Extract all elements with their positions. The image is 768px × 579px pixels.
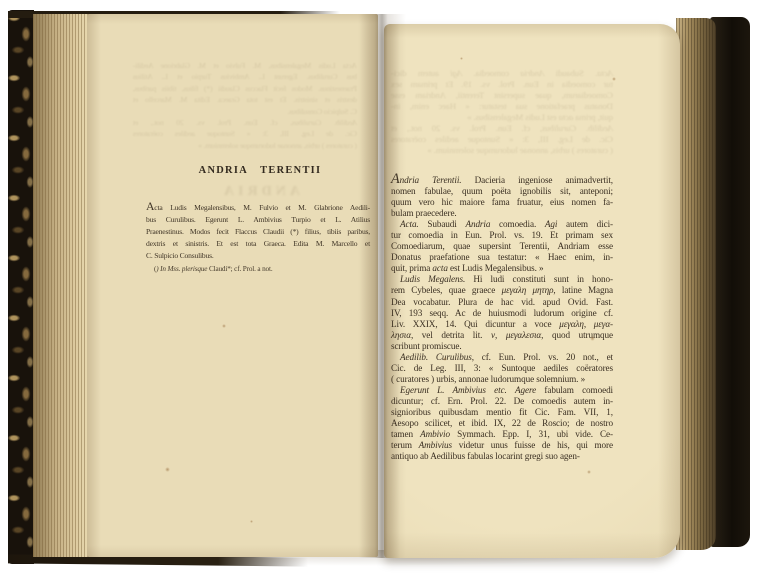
text-line: tur comoedia in Eun. Prol. vs. 19. Et pr… [391, 79, 613, 90]
foxing-spot [222, 324, 226, 328]
text-line: Comoediarum, quae supersint Terentii, An… [391, 90, 613, 101]
text-line: Ludis Megalens. Hi ludi constituti sunt … [391, 274, 613, 285]
text-line: Acta. Subaudi Andria comoedia. Agi autem… [391, 68, 613, 79]
text-line: C. Sulpicio Consulibus. [133, 106, 357, 117]
fore-edge-pages [676, 18, 716, 550]
text-line: nomen fabulae, quum poëta ignobilis sit,… [391, 186, 613, 197]
text-line: tur comoedia in Eun. Prol. vs. 19. Et pr… [391, 230, 613, 241]
commentary-text: Andria Terentii. Dacieria ingeniose anim… [391, 174, 613, 462]
bleedthrough-text: Acta Ludis Megalensibus, M. Fulvio et M.… [133, 60, 357, 151]
text-line: Andria Terentii. Dacieria ingeniose anim… [391, 174, 613, 186]
text-line: Aesopo scilicet, et ibid. IX, 22 de Rosc… [391, 418, 613, 429]
commentary-paragraph: Ludis Megalens. Hi ludi constituti sunt … [391, 274, 613, 351]
text-line: Donatus praefatione sua testatur: « Haec… [391, 101, 613, 112]
foxing-spot [250, 520, 253, 523]
text-line: Acta Ludis Megalensibus, M. Fulvio et M.… [133, 60, 357, 71]
text-line: signioribus quibusdam mentio fit Cic. Fa… [391, 407, 613, 418]
footnote: () In Mss. plerisque Claudi*; cf. Prol. … [154, 264, 374, 274]
text-line: Comoediarum, quae supersint Terentii, An… [391, 241, 613, 252]
foxing-spot [443, 357, 447, 361]
text-line: Aedilib. Curulibus, cf. Eun. Prol. vs. 2… [391, 123, 613, 134]
left-page: Acta Ludis Megalensibus, M. Fulvio et M.… [87, 14, 378, 557]
foxing-spot [165, 467, 170, 472]
text-line: IV, 193 seqq. Ac de huiusmodi ludorum or… [391, 308, 613, 319]
foxing-spot [587, 470, 591, 474]
text-line: C. Sulpicio Consulibus. [146, 250, 370, 262]
foxing-spot [460, 57, 463, 60]
text-line: dextris et sinistris. Et est tota Graeca… [133, 94, 357, 105]
commentary-paragraph: Aedilib. Curulibus, cf. Eun. Prol. vs. 2… [391, 352, 613, 385]
text-line: quit, prima acta est Ludis Megalensibus.… [391, 263, 613, 274]
left-page-edges [33, 14, 88, 557]
argumentum-paragraph: Acta Ludis Megalensibus, M. Fulvio et M.… [146, 202, 370, 262]
text-line: Egerunt L. Ambivius etc. Agere fabulam c… [391, 385, 613, 396]
bleedthrough-title: ANDRIA [148, 184, 372, 200]
bleedthrough-lines: Acta. Subaudi Andria comoedia. Agi autem… [391, 68, 613, 123]
text-line: scribunt promiscue. [391, 341, 613, 352]
text-line: ( curatores ) urbis, annonae ludorumque … [391, 145, 613, 156]
text-line: Cic. de Leg. III, 3: « Suntoque aediles … [391, 134, 613, 145]
text-line: antiquo ab Aedilibus fabulas locarint gr… [391, 451, 613, 462]
commentary-paragraph: Egerunt L. Ambivius etc. Agere fabulam c… [391, 385, 613, 462]
text-line: dextris et sinistris. Et est tota Graeca… [146, 238, 370, 250]
text-line: Cic. de Leg. III, 3: « Suntoque aediles … [391, 363, 613, 374]
text-line: Aedilib. Curulibus, cf. Eun. Prol. vs. 2… [133, 117, 357, 128]
text-line: Acta Ludis Megalensibus, M. Fulvio et M.… [146, 202, 370, 214]
text-line: quum vero hic maiore fama fruatur, eius … [391, 197, 613, 208]
back-cover-edge [710, 17, 750, 547]
text-line: bulam praecedere. [391, 208, 613, 219]
text-line: bus Curulibus. Egerunt L. Ambivius Turpi… [133, 71, 357, 82]
text-line: Cic. de Leg. III, 3: « Suntoque aediles … [133, 128, 357, 139]
text-line: Praenestinus. Modos fecit Flaccus Claudi… [146, 226, 370, 238]
text-line: () In Mss. plerisque Claudi*; cf. Prol. … [154, 264, 374, 274]
text-line: Liv. XXIX, 14. Qui dicuntur a voce μεγαλ… [391, 319, 613, 330]
text-line: Dea vocabatur. Plura de hac vid. apud Ov… [391, 297, 613, 308]
text-line: ( curatores ) urbis, annonae ludorumque … [391, 374, 613, 385]
bleedthrough-lines: Aedilib. Curulibus, cf. Eun. Prol. vs. 2… [133, 117, 357, 151]
commentary-paragraph: Acta. Subaudi Andria comoedia. Agi autem… [391, 219, 613, 274]
bleedthrough-text: Acta. Subaudi Andria comoedia. Agi autem… [391, 68, 613, 156]
foxing-spot [612, 77, 616, 81]
text-line: rem Cybeles, quae graece μεγαλη μητηρ, l… [391, 285, 613, 296]
text-line: ( curatores ) urbis, annonae ludorumque … [133, 140, 357, 151]
text-line: dicuntur; cf. Ern. Prol. 22. De comoedis… [391, 396, 613, 407]
text-line: tamen Ambivio Symmach. Epp. I, 31, ubi v… [391, 429, 613, 440]
text-line: Acta. Subaudi Andria comoedia. Agi autem… [391, 219, 613, 230]
commentary-paragraph: Andria Terentii. Dacieria ingeniose anim… [391, 174, 613, 219]
text-line: quit, prima acta est Ludis Megalensibus.… [391, 112, 613, 123]
foxing-spot [590, 336, 595, 341]
text-line: Aedilib. Curulibus, cf. Eun. Prol. vs. 2… [391, 352, 613, 363]
chapter-heading: ANDRIA TERENTII [148, 165, 372, 176]
marbled-cover-board [8, 10, 34, 564]
text-line: Praenestinus. Modos fecit Flaccus Claudi… [133, 83, 357, 94]
text-line: terum Ambivius videtur unus fuisse de hi… [391, 440, 613, 451]
text-line: Donatus praefatione sua testatur: « Haec… [391, 252, 613, 263]
book-photo: Acta Ludis Megalensibus, M. Fulvio et M.… [0, 0, 768, 579]
right-page: Acta. Subaudi Andria comoedia. Agi autem… [384, 24, 680, 558]
bleedthrough-lines: Aedilib. Curulibus, cf. Eun. Prol. vs. 2… [391, 123, 613, 156]
text-line: bus Curulibus. Egerunt L. Ambivius Turpi… [146, 214, 370, 226]
bleedthrough-lines: Acta Ludis Megalensibus, M. Fulvio et M.… [133, 60, 357, 117]
text-line: λησια, vel detrita lit. ν, μεγαλεσια, qu… [391, 330, 613, 341]
